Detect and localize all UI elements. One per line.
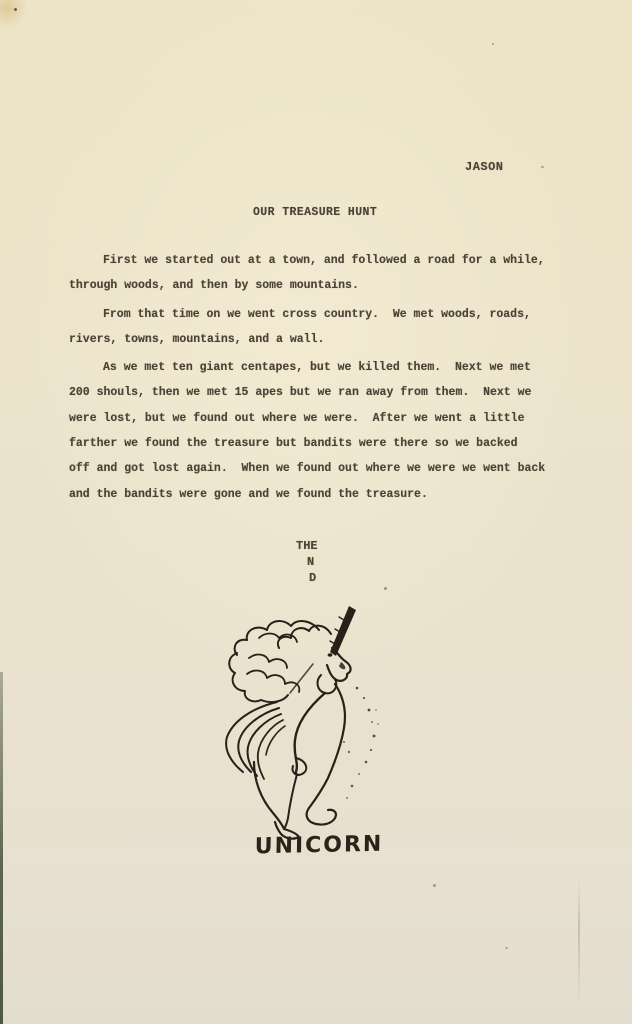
unicorn-speckles	[343, 687, 379, 799]
paper-speck	[541, 166, 544, 168]
unicorn-right-hoof	[307, 808, 336, 825]
the-end-line-3: D	[309, 570, 318, 586]
paper-crease	[578, 878, 580, 1006]
unicorn-caption: UNICORN	[234, 831, 404, 860]
the-end-block: THE N D	[296, 538, 318, 586]
text-line: were lost, but we found out where we wer…	[69, 406, 569, 431]
paper-speck	[14, 8, 17, 11]
typewritten-story-page: JASON OUR TREASURE HUNT First we started…	[0, 0, 632, 1024]
unicorn-mane	[229, 621, 319, 702]
paragraph: As we met ten giant centapes, but we kil…	[69, 355, 569, 507]
paragraph: First we started out at a town, and foll…	[69, 248, 569, 299]
text-line: 200 shouls, then we met 15 apes but we r…	[69, 380, 569, 405]
unicorn-forelock	[278, 626, 331, 648]
text-line: First we started out at a town, and foll…	[69, 248, 569, 273]
text-line: off and got lost again. When we found ou…	[69, 456, 569, 481]
text-line: farther we found the treasure but bandit…	[69, 431, 569, 456]
story-title: OUR TREASURE HUNT	[253, 206, 377, 219]
paper-speck	[433, 884, 436, 887]
unicorn-face	[327, 648, 351, 681]
paper-speck	[492, 43, 494, 45]
unicorn-chest	[295, 693, 325, 772]
text-line: From that time on we went cross country.…	[69, 302, 569, 327]
author-name: JASON	[465, 160, 504, 174]
the-end-line-2: N	[307, 554, 318, 570]
paper-speck	[505, 947, 508, 949]
the-end-line-1: THE	[296, 538, 318, 554]
paper-speck	[384, 587, 387, 590]
text-line: and the bandits were gone and we found t…	[69, 482, 569, 507]
paragraph: From that time on we went cross country.…	[69, 302, 569, 353]
text-line: rivers, towns, mountains, and a wall.	[69, 327, 569, 352]
text-line: through woods, and then by some mountain…	[69, 273, 569, 298]
paper-stain	[0, 0, 28, 28]
story-body: First we started out at a town, and foll…	[69, 248, 569, 507]
text-line: As we met ten giant centapes, but we kil…	[69, 355, 569, 380]
unicorn-eye	[328, 653, 333, 657]
unicorn-muzzle-shading	[339, 662, 345, 669]
unicorn-tail	[226, 702, 285, 779]
page-edge-shadow	[0, 672, 3, 1024]
